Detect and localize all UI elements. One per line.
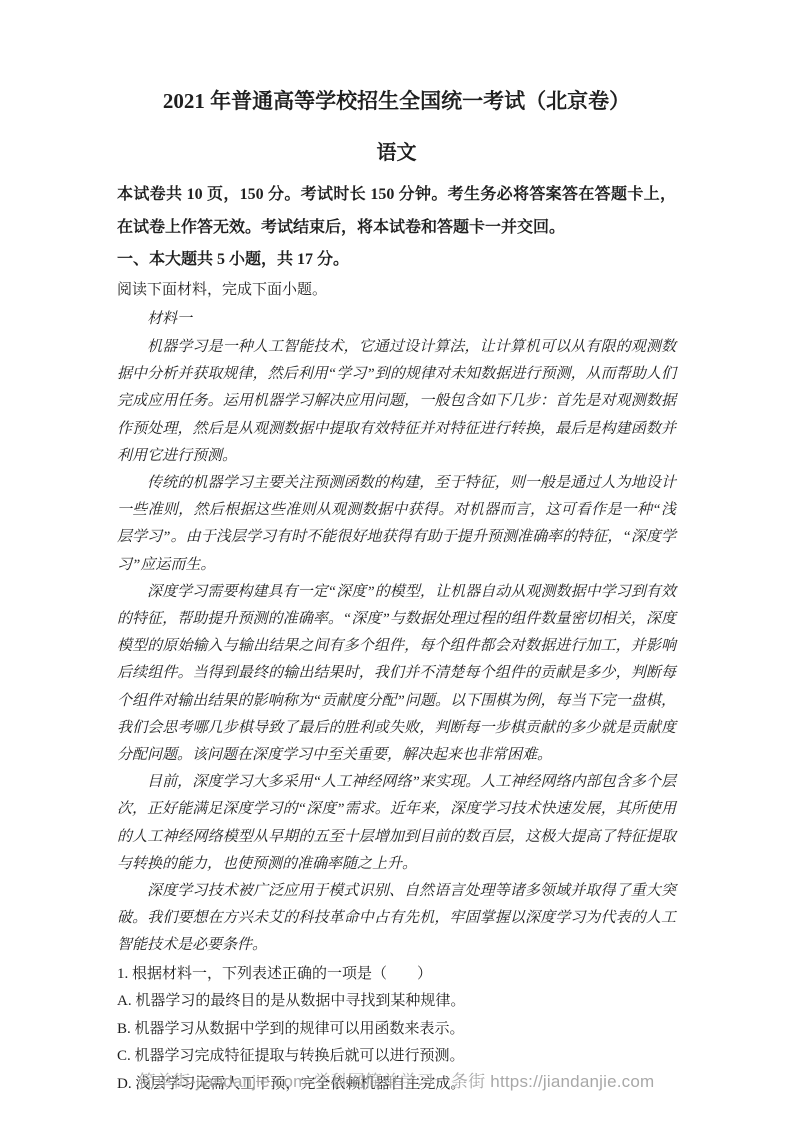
- exam-page: 2021 年普通高等学校招生全国统一考试（北京卷） 语文 本试卷共 10 页，1…: [0, 0, 793, 1122]
- exam-subtitle: 语文: [117, 138, 676, 168]
- material-paragraph-5: 深度学习技术被广泛应用于模式识别、自然语言处理等诸多领域并取得了重大突破。我们要…: [117, 878, 676, 960]
- material-paragraph-2: 传统的机器学习主要关注预测函数的构建，至于特征，则一般是通过人为地设计一些准则，…: [117, 470, 676, 579]
- watermark-footer: 简单街-jiandanjie.com-学科网简单学习一条街 https://ji…: [0, 1067, 793, 1092]
- question-1-option-a: A. 机器学习的最终目的是从数据中寻找到某种规律。: [117, 988, 676, 1016]
- question-1-stem: 1. 根据材料一，下列表述正确的一项是（ ）: [117, 961, 676, 989]
- material-label: 材料一: [117, 305, 676, 334]
- material-paragraph-4: 目前，深度学习大多采用“人工神经网络”来实现。人工神经网络内部包含多个层次，正好…: [117, 769, 676, 878]
- material-paragraph-3: 深度学习需要构建具有一定“深度”的模型，让机器自动从观测数据中学习到有效的特征，…: [117, 579, 676, 769]
- exam-notice: 本试卷共 10 页，150 分。考试时长 150 分钟。考生务必将答案答在答题卡…: [117, 178, 676, 244]
- material-body: 机器学习是一种人工智能技术，它通过设计算法，让计算机可以从有限的观测数据中分析并…: [117, 334, 676, 960]
- reading-prompt: 阅读下面材料，完成下面小题。: [117, 275, 676, 305]
- section-heading: 一、本大题共 5 小题，共 17 分。: [117, 244, 676, 275]
- question-1-option-b: B. 机器学习从数据中学到的规律可以用函数来表示。: [117, 1016, 676, 1044]
- exam-title: 2021 年普通高等学校招生全国统一考试（北京卷）: [117, 86, 676, 116]
- material-paragraph-1: 机器学习是一种人工智能技术，它通过设计算法，让计算机可以从有限的观测数据中分析并…: [117, 334, 676, 470]
